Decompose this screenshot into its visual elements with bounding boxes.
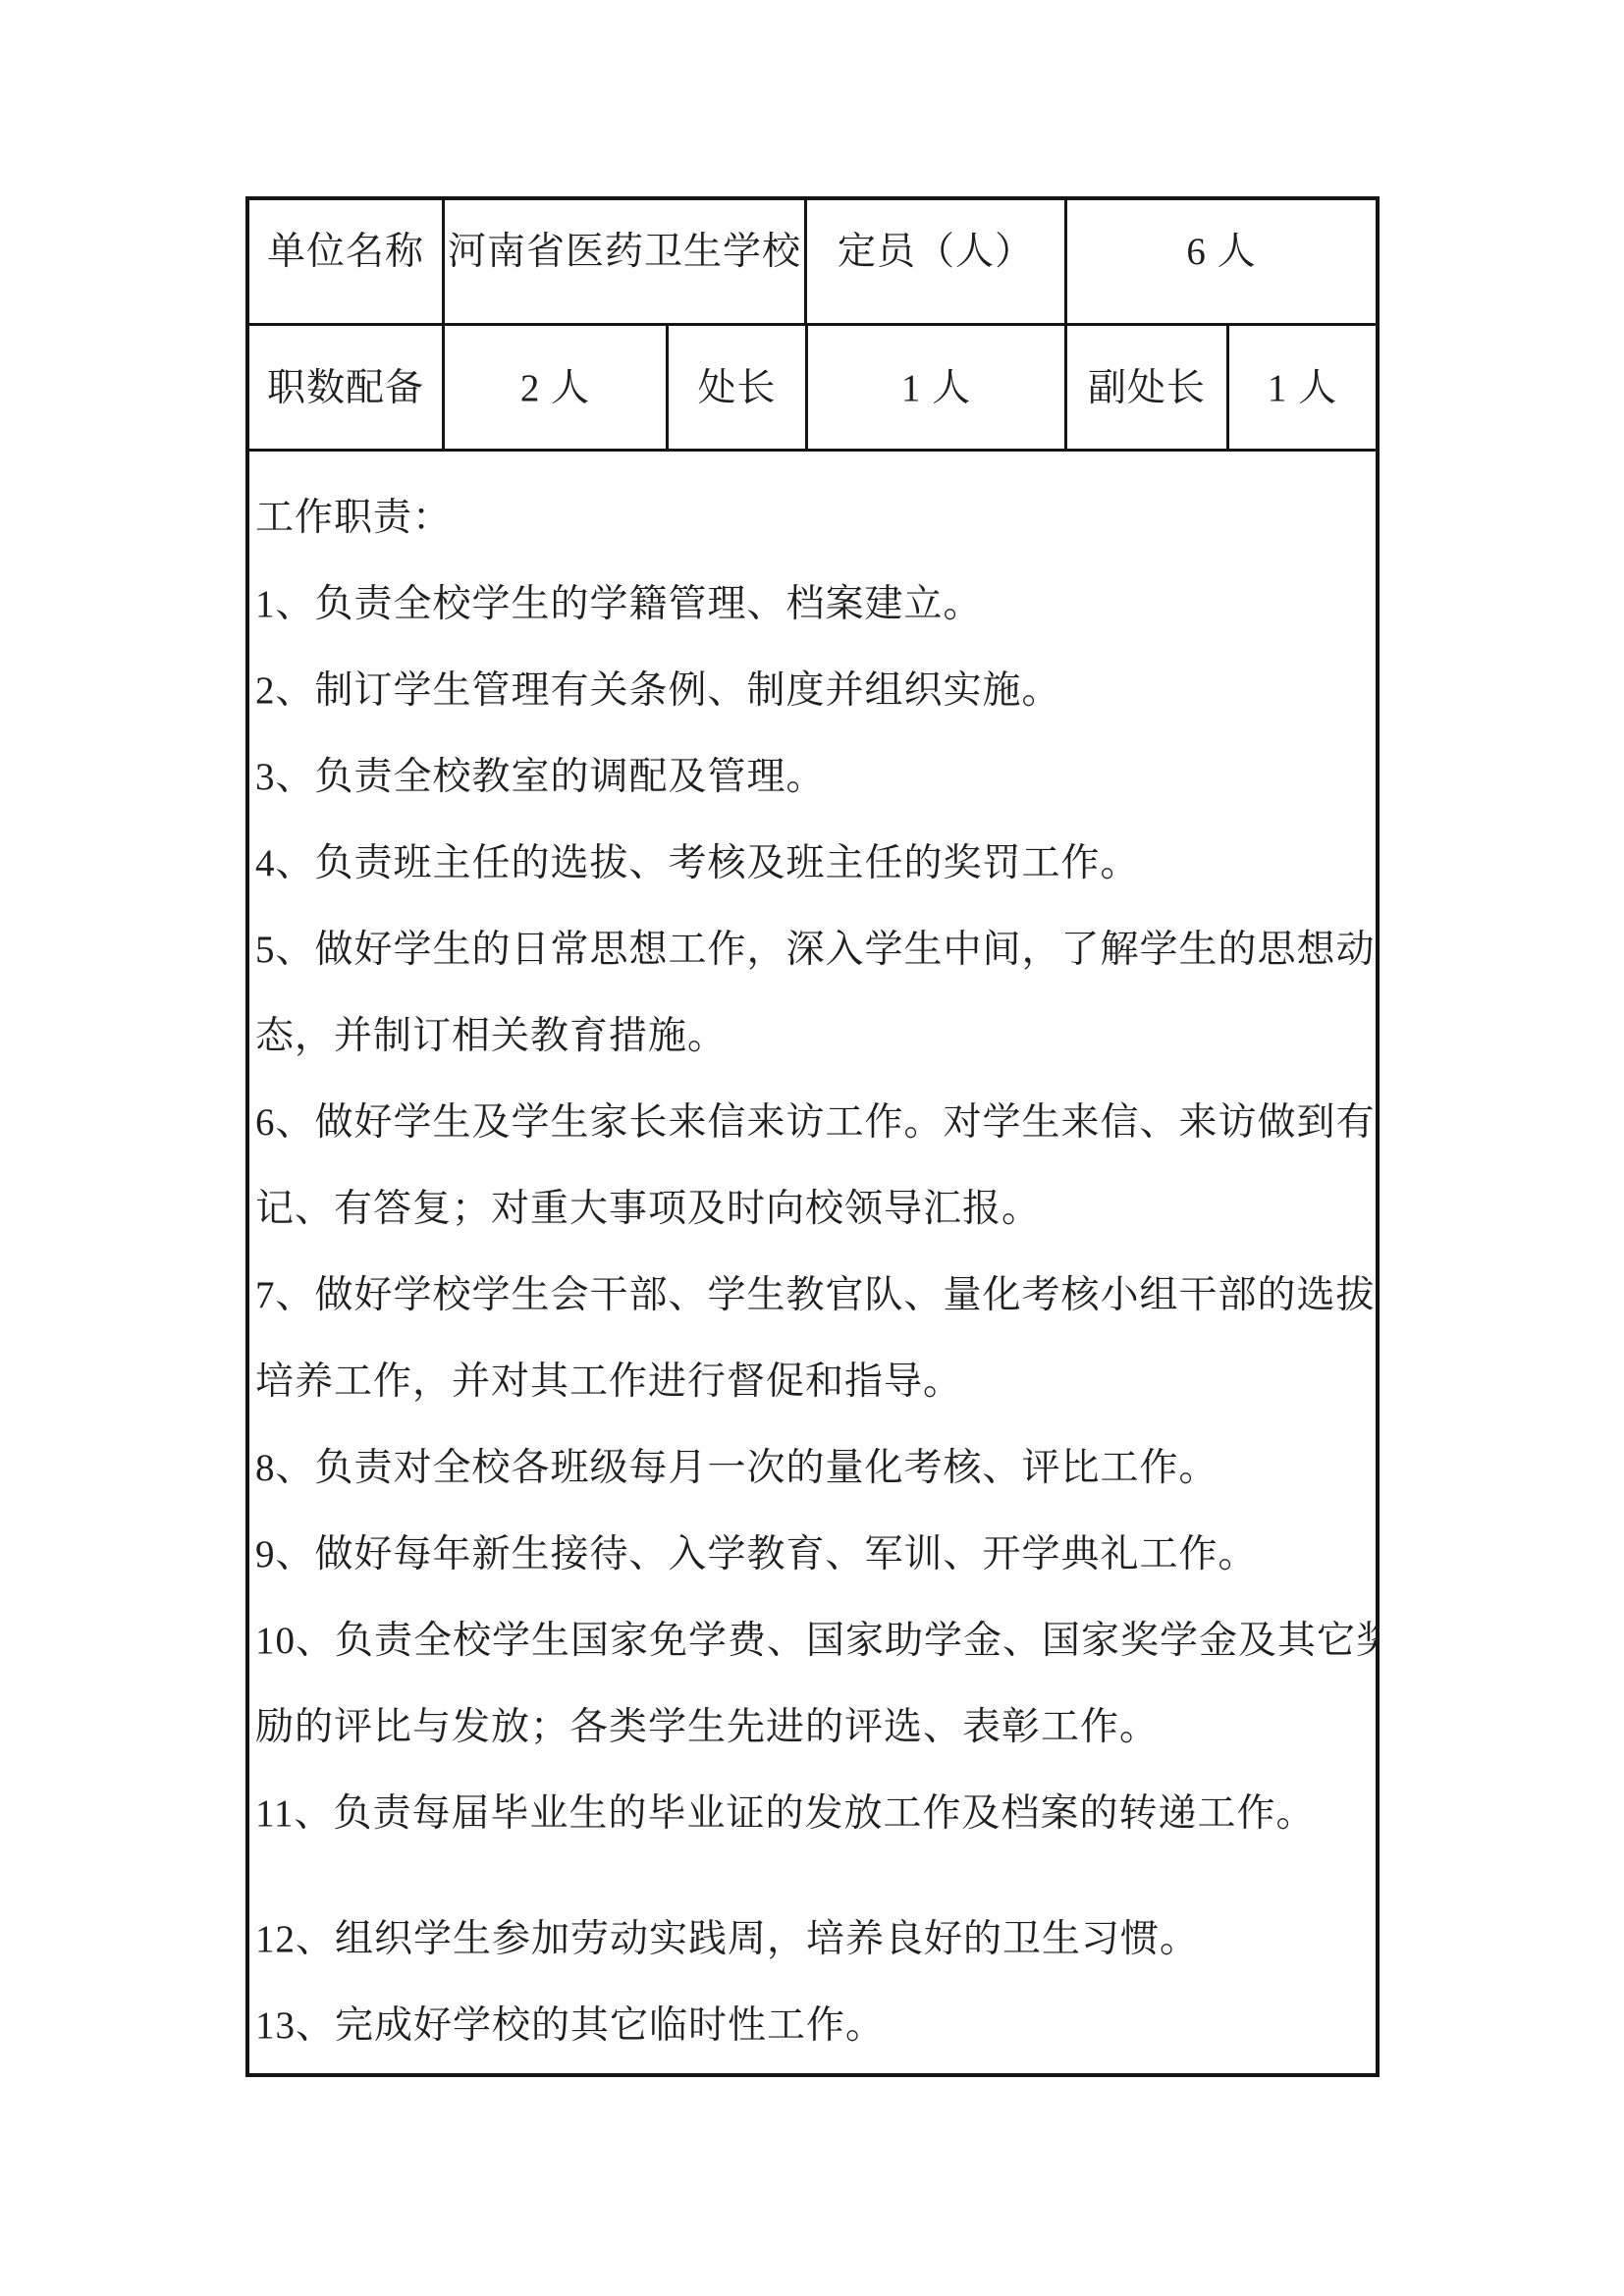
staffing-total-cell: 2 人	[445, 326, 669, 449]
duties-line: 8、负责对全校各班级每月一次的量化考核、评比工作。	[255, 1425, 1368, 1512]
duties-line: 12、组织学生参加劳动实践周，培养良好的卫生习惯。	[255, 1896, 1368, 1983]
duties-line: 5、做好学生的日常思想工作，深入学生中间，了解学生的思想动	[255, 907, 1368, 993]
duties-line: 4、负责班主任的选拔、考核及班主任的奖罚工作。	[255, 821, 1368, 907]
director-count-cell: 1 人	[808, 326, 1067, 449]
duties-line: 3、负责全校教室的调配及管理。	[255, 734, 1368, 821]
duties-line: 励的评比与发放；各类学生先进的评选、表彰工作。	[255, 1684, 1368, 1771]
staffing-label-cell: 职数配备	[249, 326, 445, 449]
duties-line: 7、做好学校学生会干部、学生教官队、量化考核小组干部的选拔、	[255, 1253, 1368, 1339]
document-page: 单位名称 河南省医药卫生学校 定员（人） 6 人 职数配备 2 人 处长 1 人…	[0, 0, 1624, 2296]
director-label-cell: 处长	[669, 326, 808, 449]
duties-line: 13、完成好学校的其它临时性工作。	[255, 1983, 1368, 2069]
unit-name-value-cell: 河南省医药卫生学校	[445, 200, 807, 323]
duties-line: 10、负责全校学生国家免学费、国家助学金、国家奖学金及其它奖	[255, 1598, 1368, 1684]
duties-line: 6、做好学生及学生家长来信来访工作。对学生来信、来访做到有登	[255, 1080, 1368, 1166]
duties-lines: 1、负责全校学生的学籍管理、档案建立。 2、制订学生管理有关条例、制度并组织实施…	[255, 561, 1368, 2069]
duties-line: 11、负责每届毕业生的毕业证的发放工作及档案的转递工作。	[255, 1771, 1368, 1857]
deputy-director-count-cell: 1 人	[1229, 326, 1376, 449]
duties-line: 9、做好每年新生接待、入学教育、军训、开学典礼工作。	[255, 1512, 1368, 1598]
quota-value-cell: 6 人	[1067, 200, 1376, 323]
duties-cell: 工作职责： 1、负责全校学生的学籍管理、档案建立。 2、制订学生管理有关条例、制…	[249, 452, 1376, 2073]
duties-line: 2、制订学生管理有关条例、制度并组织实施。	[255, 648, 1368, 734]
duties-line: 记、有答复；对重大事项及时向校领导汇报。	[255, 1166, 1368, 1253]
duties-line: 态，并制订相关教育措施。	[255, 993, 1368, 1080]
quota-label-cell: 定员（人）	[807, 200, 1067, 323]
header-row-unit: 单位名称 河南省医药卫生学校 定员（人） 6 人	[249, 200, 1376, 326]
duties-heading: 工作职责：	[255, 475, 1368, 561]
deputy-director-label-cell: 副处长	[1067, 326, 1229, 449]
duties-line: 培养工作，并对其工作进行督促和指导。	[255, 1339, 1368, 1425]
position-info-table: 单位名称 河南省医药卫生学校 定员（人） 6 人 职数配备 2 人 处长 1 人…	[245, 196, 1380, 2077]
duties-line	[255, 1857, 1368, 1896]
duties-line: 1、负责全校学生的学籍管理、档案建立。	[255, 561, 1368, 648]
unit-name-label-cell: 单位名称	[249, 200, 445, 323]
header-row-staffing: 职数配备 2 人 处长 1 人 副处长 1 人	[249, 326, 1376, 452]
